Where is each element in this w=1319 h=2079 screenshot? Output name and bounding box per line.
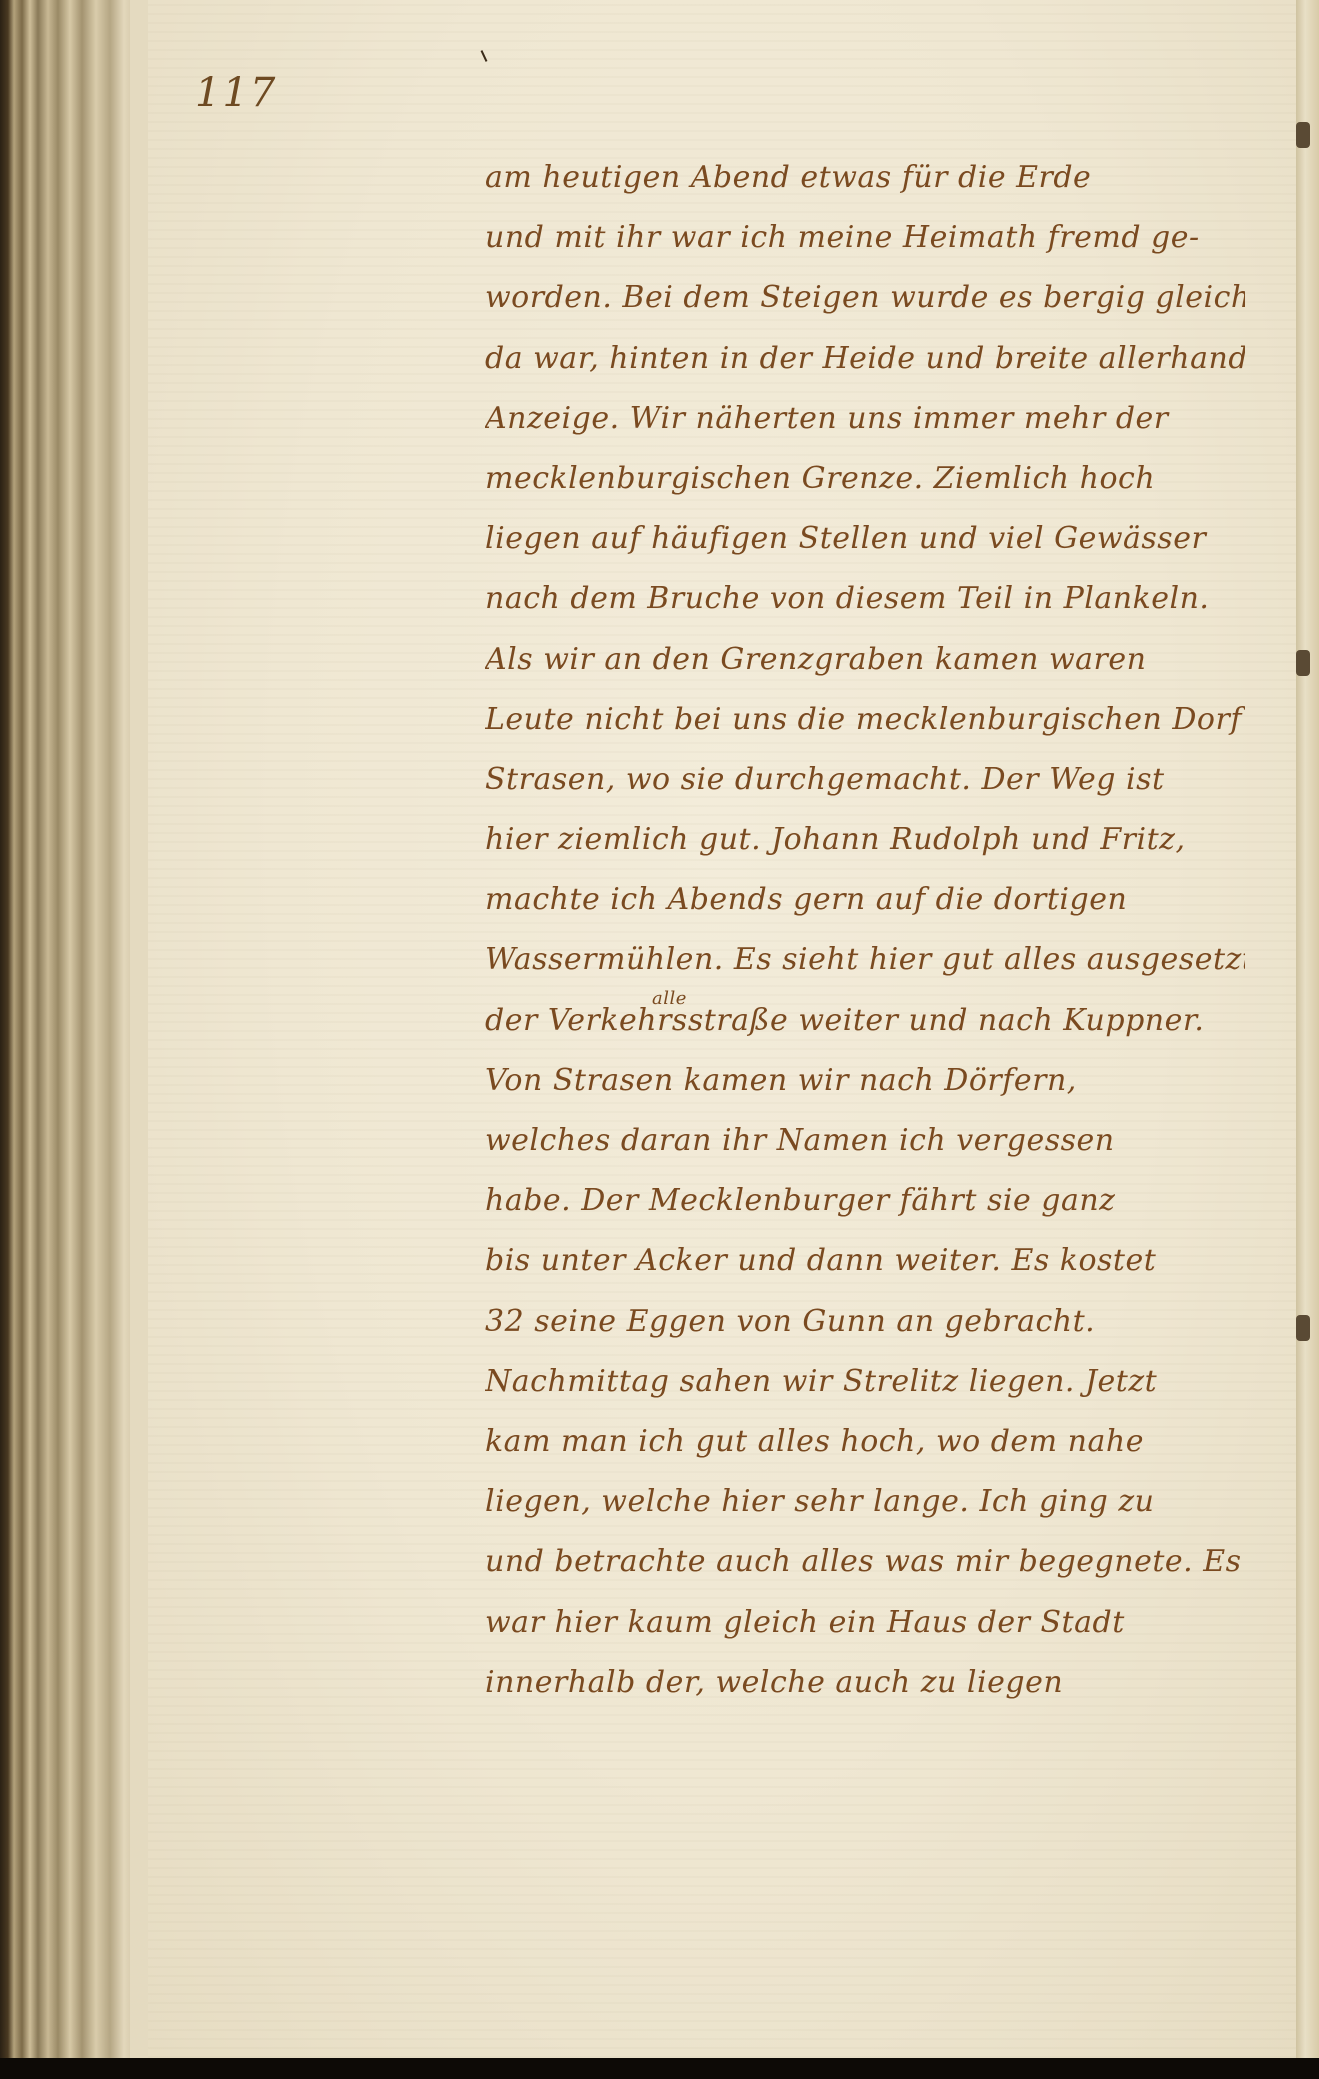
text-line: war hier kaum gleich ein Haus der Stadt [485, 1593, 1245, 1653]
text-line: da war, hinten in der Heide und breite a… [485, 329, 1245, 389]
manuscript-text: am heutigen Abend etwas für die Erde und… [485, 148, 1245, 1713]
text-line: und mit ihr war ich meine Heimath fremd … [485, 208, 1245, 268]
text-line: und betrachte auch alles was mir begegne… [485, 1532, 1245, 1592]
binding-clip-icon [1296, 650, 1310, 676]
text-line: liegen auf häufigen Stellen und viel Gew… [485, 509, 1245, 569]
scan-background [0, 2058, 1319, 2079]
book-gutter-right [1296, 0, 1319, 2060]
text-line: hier ziemlich gut. Johann Rudolph und Fr… [485, 810, 1245, 870]
text-line: habe. Der Mecklenburger fährt sie ganz [485, 1171, 1245, 1231]
text-line: 32 seine Eggen von Gunn an gebracht. [485, 1292, 1245, 1352]
binding-clip-icon [1296, 122, 1310, 148]
text-line: Als wir an den Grenzgraben kamen waren [485, 630, 1245, 690]
interlinear-insertion: alle [652, 990, 687, 1008]
page-number: 117 [195, 70, 277, 116]
text-line: mecklenburgischen Grenze. Ziemlich hoch [485, 449, 1245, 509]
text-line: kam man ich gut alles hoch, wo dem nahe [485, 1412, 1245, 1472]
text-line: welches daran ihr Namen ich vergessen [485, 1111, 1245, 1171]
text-line: machte ich Abends gern auf die dortigen [485, 870, 1245, 930]
text-line: Strasen, wo sie durchgemacht. Der Weg is… [485, 750, 1245, 810]
text-line: Anzeige. Wir näherten uns immer mehr der [485, 389, 1245, 449]
text-line: bis unter Acker und dann weiter. Es kost… [485, 1231, 1245, 1291]
text-line: Nachmittag sahen wir Strelitz liegen. Je… [485, 1352, 1245, 1412]
binding-clip-icon [1296, 1315, 1310, 1341]
text-line: der Verkehrsstraße weiter und nach Kuppn… [485, 991, 1245, 1051]
text-line: Wassermühlen. Es sieht hier gut alles au… [485, 930, 1245, 990]
book-page-edges [0, 0, 150, 2060]
text-line: liegen, welche hier sehr lange. Ich ging… [485, 1472, 1245, 1532]
text-line: Leute nicht bei uns die mecklenburgische… [485, 690, 1245, 750]
text-line: Von Strasen kamen wir nach Dörfern, [485, 1051, 1245, 1111]
text-line: innerhalb der, welche auch zu liegen [485, 1653, 1245, 1713]
text-line: am heutigen Abend etwas für die Erde [485, 148, 1245, 208]
text-line: worden. Bei dem Steigen wurde es bergig … [485, 268, 1245, 328]
text-line: nach dem Bruche von diesem Teil in Plank… [485, 569, 1245, 629]
